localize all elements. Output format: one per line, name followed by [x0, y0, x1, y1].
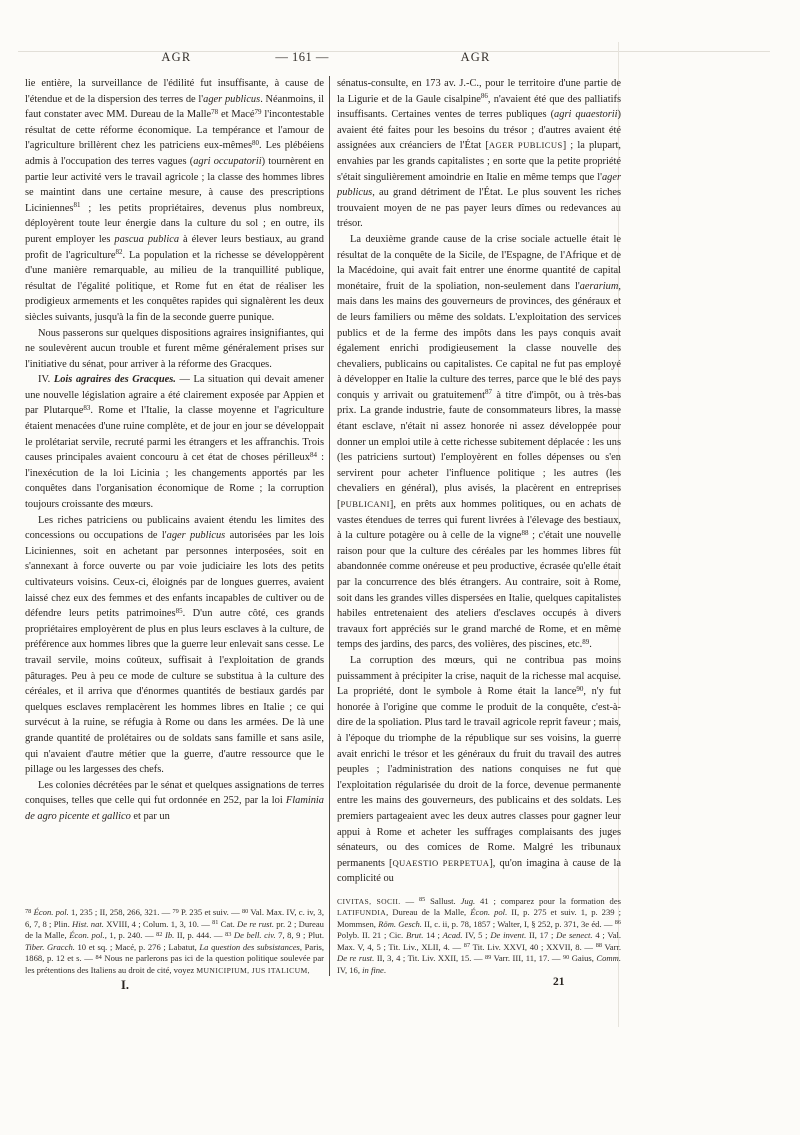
text-run: . [384, 965, 386, 975]
text-run: Les colonies décrétées par le sénat et q… [25, 780, 324, 807]
paragraph: La deuxième grande cause de la crise soc… [337, 232, 621, 653]
text-run: Varr. III, 11, 17. — [491, 953, 563, 963]
text-run: IV, 5 ; [462, 930, 490, 940]
right-column-footnotes: CIVITAS, SOCII. — 85 Sallust. Jug. 41 ; … [337, 887, 621, 977]
footnote-reference: 89 [582, 638, 589, 646]
paragraph: Les riches patriciens ou publicains avai… [25, 513, 324, 778]
running-header: AGR — 161 — AGR [25, 50, 621, 76]
text-run: Lois agraires des Gracques. [54, 374, 176, 385]
text-run: Écon. pol. [470, 907, 507, 917]
paragraph: Nous passerons sur quelques dispositions… [25, 326, 324, 373]
text-run: Hist. nat. [72, 919, 104, 929]
text-run: CIVITAS, SOCII. [337, 897, 401, 906]
footnote-reference: 79 [172, 908, 178, 915]
footnote-reference: 82 [116, 248, 123, 256]
text-run: QUAESTIO PERPETUA [392, 858, 489, 868]
footnote-reference: 83 [83, 404, 90, 412]
running-header-right-keyword: AGR [461, 50, 491, 65]
text-run: Comm. [596, 953, 621, 963]
text-run: , mais dans les mains des gouverneurs de… [337, 281, 621, 401]
left-column-footnotes: 78 Écon. pol. 1, 235 ; II, 258, 266, 321… [25, 898, 324, 976]
paragraph: lie entière, la surveillance de l'édilit… [25, 76, 324, 326]
footnote-reference: 85 [176, 607, 183, 615]
footnote-reference: 84 [95, 954, 101, 961]
text-run: De senect. [556, 930, 592, 940]
text-run: Sallust. [425, 896, 460, 906]
text-run: De bell. civ. [234, 930, 276, 940]
right-column: sénatus-consulte, en 173 av. J.-C., pour… [337, 76, 621, 976]
footnote-reference: 86 [481, 92, 488, 100]
text-run: Röm. Gesch. [378, 919, 422, 929]
footnote-reference: 81 [73, 201, 80, 209]
left-column-body: lie entière, la surveillance de l'édilit… [25, 76, 324, 825]
text-run: et par un [131, 811, 170, 822]
text-run: IV. [38, 374, 54, 385]
text-run: 1, 235 ; II, 258, 266, 321. — [69, 907, 173, 917]
text-run: De re rust. [337, 953, 374, 963]
text-run: à titre d'impôt, ou à très-bas prix. La … [337, 390, 621, 510]
text-run: et Macé [218, 109, 254, 120]
text-run: . [589, 639, 592, 650]
text-run: Jug. [461, 896, 476, 906]
right-column-body: sénatus-consulte, en 173 av. J.-C., pour… [337, 76, 621, 887]
text-run: De re rust. [237, 919, 274, 929]
text-run: Tit. Liv. XXVI, 40 ; XXVII, 8. — [470, 942, 596, 952]
text-run: 7, 8, 9 ; Plut. [276, 930, 324, 940]
text-run: Gaius, [569, 953, 596, 963]
text-run: 10 et sq. ; Macé, p. 276 ; Labatut, [75, 942, 200, 952]
footnote-reference: 87 [464, 942, 470, 949]
footnote-reference: 80 [252, 139, 259, 147]
footnote-reference: 81 [212, 919, 218, 926]
text-run: II, c. ii, p. 78, 1857 ; Walter, I, § 25… [422, 919, 615, 929]
text-run: De invent. [490, 930, 526, 940]
text-run: agri occupatorii [193, 156, 261, 167]
running-header-left-keyword: AGR [161, 50, 191, 65]
text-run: II, p. 444. — [174, 930, 225, 940]
footnote-reference: 85 [419, 896, 425, 903]
footnote-block: CIVITAS, SOCII. — 85 Sallust. Jug. 41 ; … [337, 896, 621, 977]
paragraph: IV. Lois agraires des Gracques. — La sit… [25, 372, 324, 512]
text-run: Tiber. Gracch. [25, 942, 75, 952]
footnote-reference: 82 [156, 931, 162, 938]
text-run: PUBLICANI [340, 499, 389, 509]
page-number-header: — 161 — [275, 50, 329, 65]
footnote-reference: 83 [225, 931, 231, 938]
text-run: autorisées par les lois Liciniennes, soi… [25, 530, 324, 619]
text-run: II, 3, 4 ; Tit. Liv. XXII, 15. — [374, 953, 485, 963]
text-run: Nous passerons sur quelques dispositions… [25, 328, 324, 370]
left-column: lie entière, la surveillance de l'édilit… [25, 76, 324, 976]
text-run: P. 235 et suiv. — [179, 907, 242, 917]
text-run: , Dureau de la Malle, [386, 907, 470, 917]
footnote-reference: 84 [310, 451, 317, 459]
text-run: Écon. pol. [34, 907, 69, 917]
footnote-reference: 86 [615, 919, 621, 926]
signature-mark: 21 [553, 976, 565, 988]
text-run: Écon. pol. [69, 930, 105, 940]
text-run: aerarium [580, 281, 619, 292]
footnote-reference: 87 [485, 388, 492, 396]
text-run: Varr. [602, 942, 621, 952]
text-run: . D'un autre côté, ces grands propriétai… [25, 608, 324, 775]
footnote-reference: 90 [563, 954, 569, 961]
text-run: pascua publica [114, 234, 179, 245]
footnote-reference: 79 [255, 108, 262, 116]
text-run: Polyb. II. 21 ; Cic. [337, 930, 406, 940]
text-run: 14 ; [423, 930, 442, 940]
text-run: La question des subsistances [199, 942, 299, 952]
volume-mark: I. [121, 978, 129, 993]
footnote-reference: 88 [521, 529, 528, 537]
text-run: , au grand détriment de l'État. Le plus … [337, 187, 621, 229]
paragraph: Les colonies décrétées par le sénat et q… [25, 778, 324, 825]
text-run: ager publicus [203, 94, 260, 105]
text-run: ager publicus [167, 530, 226, 541]
text-run: , n'y fut honorée à l'origine que comme … [337, 686, 621, 869]
scanned-page: AGR — 161 — AGR lie entière, la surveill… [25, 50, 621, 998]
text-run: LATIFUNDIA [337, 908, 386, 917]
text-run: XVIII, 4 ; Colum. 1, 3, 10. — [104, 919, 212, 929]
text-run: in fine [362, 965, 384, 975]
text-run: II, 17 ; [526, 930, 556, 940]
text-run: — [401, 896, 419, 906]
page-footer: I. 21 [25, 976, 621, 998]
footnote-reference: 90 [576, 685, 583, 693]
text-run: 41 ; comparez pour la formation des [475, 896, 621, 906]
text-run: ; c'était une nouvelle raison pour que l… [337, 530, 621, 650]
paragraph: La corruption des mœurs, qui ne contribu… [337, 653, 621, 887]
text-run: Cat. [218, 919, 237, 929]
text-run: La deuxième grande cause de la crise soc… [337, 234, 621, 292]
footnote-reference: 78 [25, 908, 31, 915]
text-run: IV, 16, [337, 965, 362, 975]
text-run: MUNICIPIUM, JUS ITALICUM, [196, 966, 310, 975]
footnote-reference: 88 [596, 942, 602, 949]
text-run: , 1, p. 240. — [105, 930, 156, 940]
footnote-block: 78 Écon. pol. 1, 235 ; II, 258, 266, 321… [25, 907, 324, 976]
text-run: AGER PUBLICUS [489, 140, 563, 150]
paragraph: sénatus-consulte, en 173 av. J.-C., pour… [337, 76, 621, 232]
text-run: Brut. [406, 930, 423, 940]
two-column-layout: lie entière, la surveillance de l'édilit… [25, 76, 621, 976]
footnote-reference: 80 [242, 908, 248, 915]
text-run: Ib. [165, 930, 174, 940]
footnote-reference: 89 [485, 954, 491, 961]
text-run: agri quaestorii [554, 109, 618, 120]
column-divider-rule [329, 76, 330, 976]
footnote-reference: 78 [211, 108, 218, 116]
text-run: Acad. [443, 930, 463, 940]
